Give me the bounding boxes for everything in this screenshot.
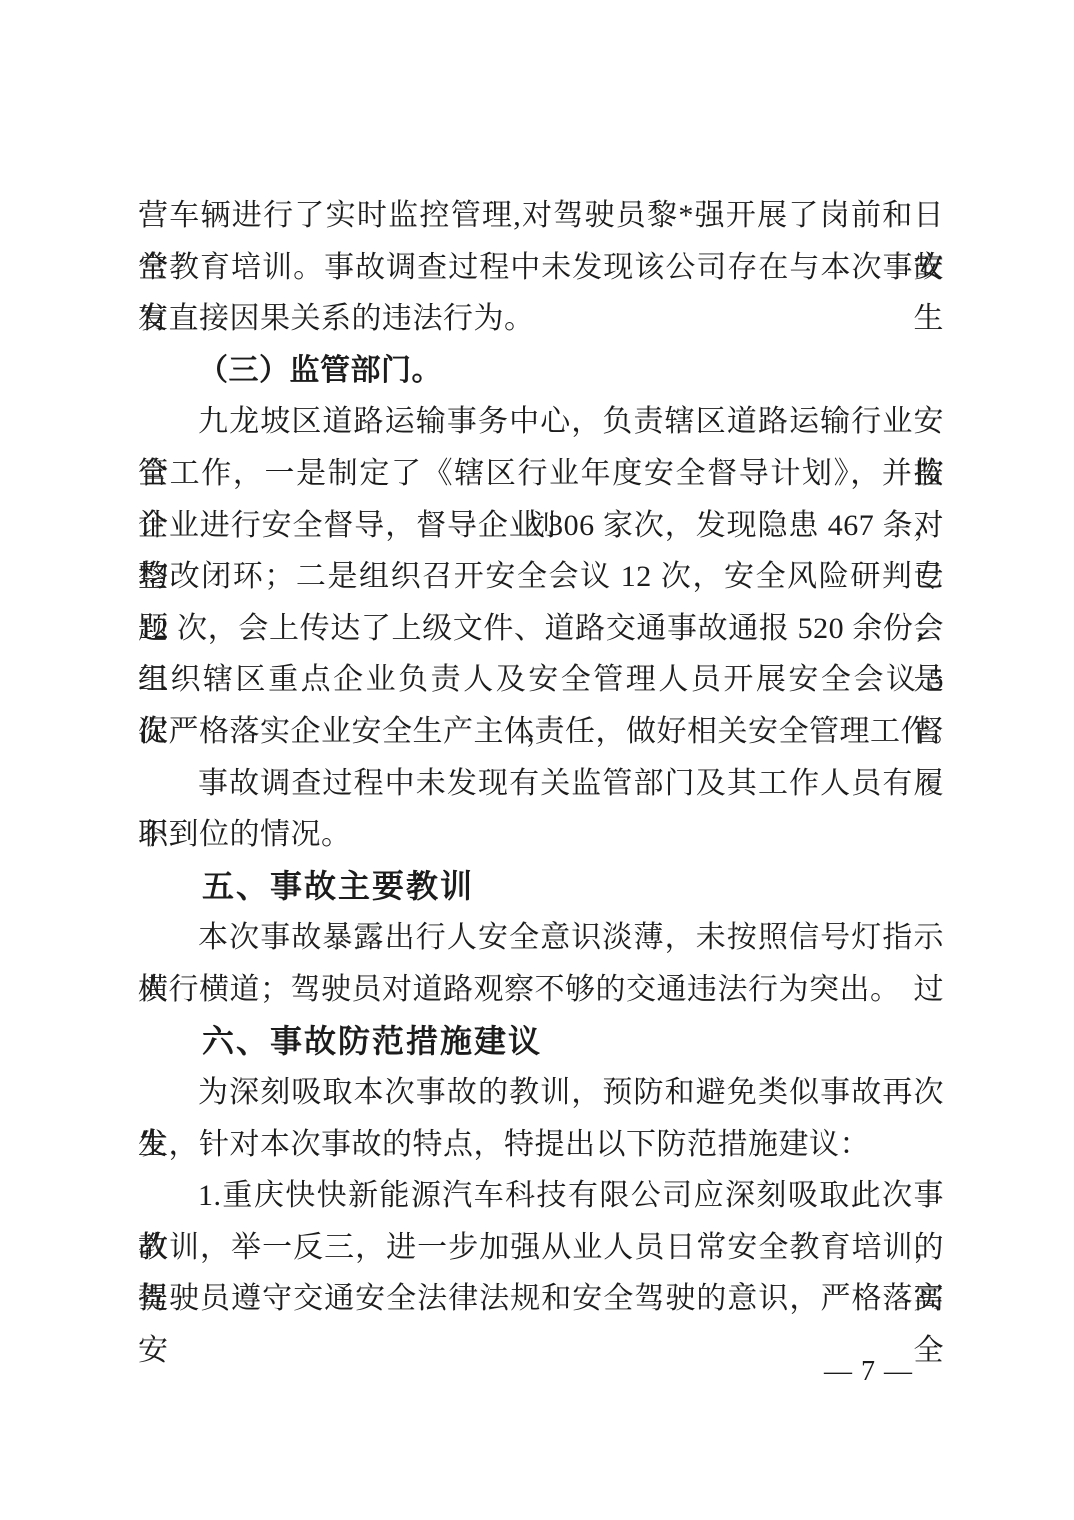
text-line: 全教育培训。事故调查过程中未发现该公司存在与本次事故发生 bbox=[138, 242, 944, 294]
text-line: 营车辆进行了实时监控管理,对驾驶员黎*强开展了岗前和日常安 bbox=[138, 190, 944, 242]
text-line: 事故调查过程中未发现有关监管部门及其工作人员有履职 bbox=[138, 758, 944, 810]
text-line: （三）监管部门。 bbox=[138, 345, 944, 397]
text-line: 九龙坡区道路运输事务中心，负责辖区道路运输行业安全监 bbox=[138, 396, 944, 448]
text-line: 促严格落实企业安全生产主体责任，做好相关安全管理工作。 bbox=[138, 706, 944, 758]
text-line: 人行横道；驾驶员对道路观察不够的交通违法行为突出。 bbox=[138, 964, 944, 1016]
text-line: 企业进行安全督导，督导企业 306 家次，发现隐患 467 条，均已 bbox=[138, 500, 944, 552]
text-line: 生，针对本次事故的特点，特提出以下防范措施建议： bbox=[138, 1119, 944, 1171]
text-line: 整改闭环；二是组织召开安全会议 12 次，安全风险研判专题会 bbox=[138, 551, 944, 603]
text-line: 六、事故防范措施建议 bbox=[138, 1016, 944, 1068]
text-line: 组织辖区重点企业负责人及安全管理人员开展安全会议 5 次，督 bbox=[138, 654, 944, 706]
text-line: 12 次，会上传达了上级文件、道路交通事故通报 520 余份；三是 bbox=[138, 603, 944, 655]
text-line: 五、事故主要教训 bbox=[138, 861, 944, 913]
text-line: 不到位的情况。 bbox=[138, 809, 944, 861]
page-number: — 7 — bbox=[824, 1347, 913, 1397]
text-line: 管工作，一是制定了《辖区行业年度安全督导计划》，并按计划对 bbox=[138, 448, 944, 500]
document-body: 营车辆进行了实时监控管理,对驾驶员黎*强开展了岗前和日常安全教育培训。事故调查过… bbox=[138, 190, 944, 1325]
text-line: 1.重庆快快新能源汽车科技有限公司应深刻吸取此次事故的 bbox=[138, 1170, 944, 1222]
text-line: 教训，举一反三，进一步加强从业人员日常安全教育培训，提高 bbox=[138, 1222, 944, 1274]
text-line: 本次事故暴露出行人安全意识淡薄，未按照信号灯指示横过 bbox=[138, 912, 944, 964]
text-line: 驾驶员遵守交通安全法律法规和安全驾驶的意识，严格落实安全 bbox=[138, 1273, 944, 1325]
document-page: 营车辆进行了实时监控管理,对驾驶员黎*强开展了岗前和日常安全教育培训。事故调查过… bbox=[0, 0, 1074, 1520]
text-line: 为深刻吸取本次事故的教训，预防和避免类似事故再次发 bbox=[138, 1067, 944, 1119]
